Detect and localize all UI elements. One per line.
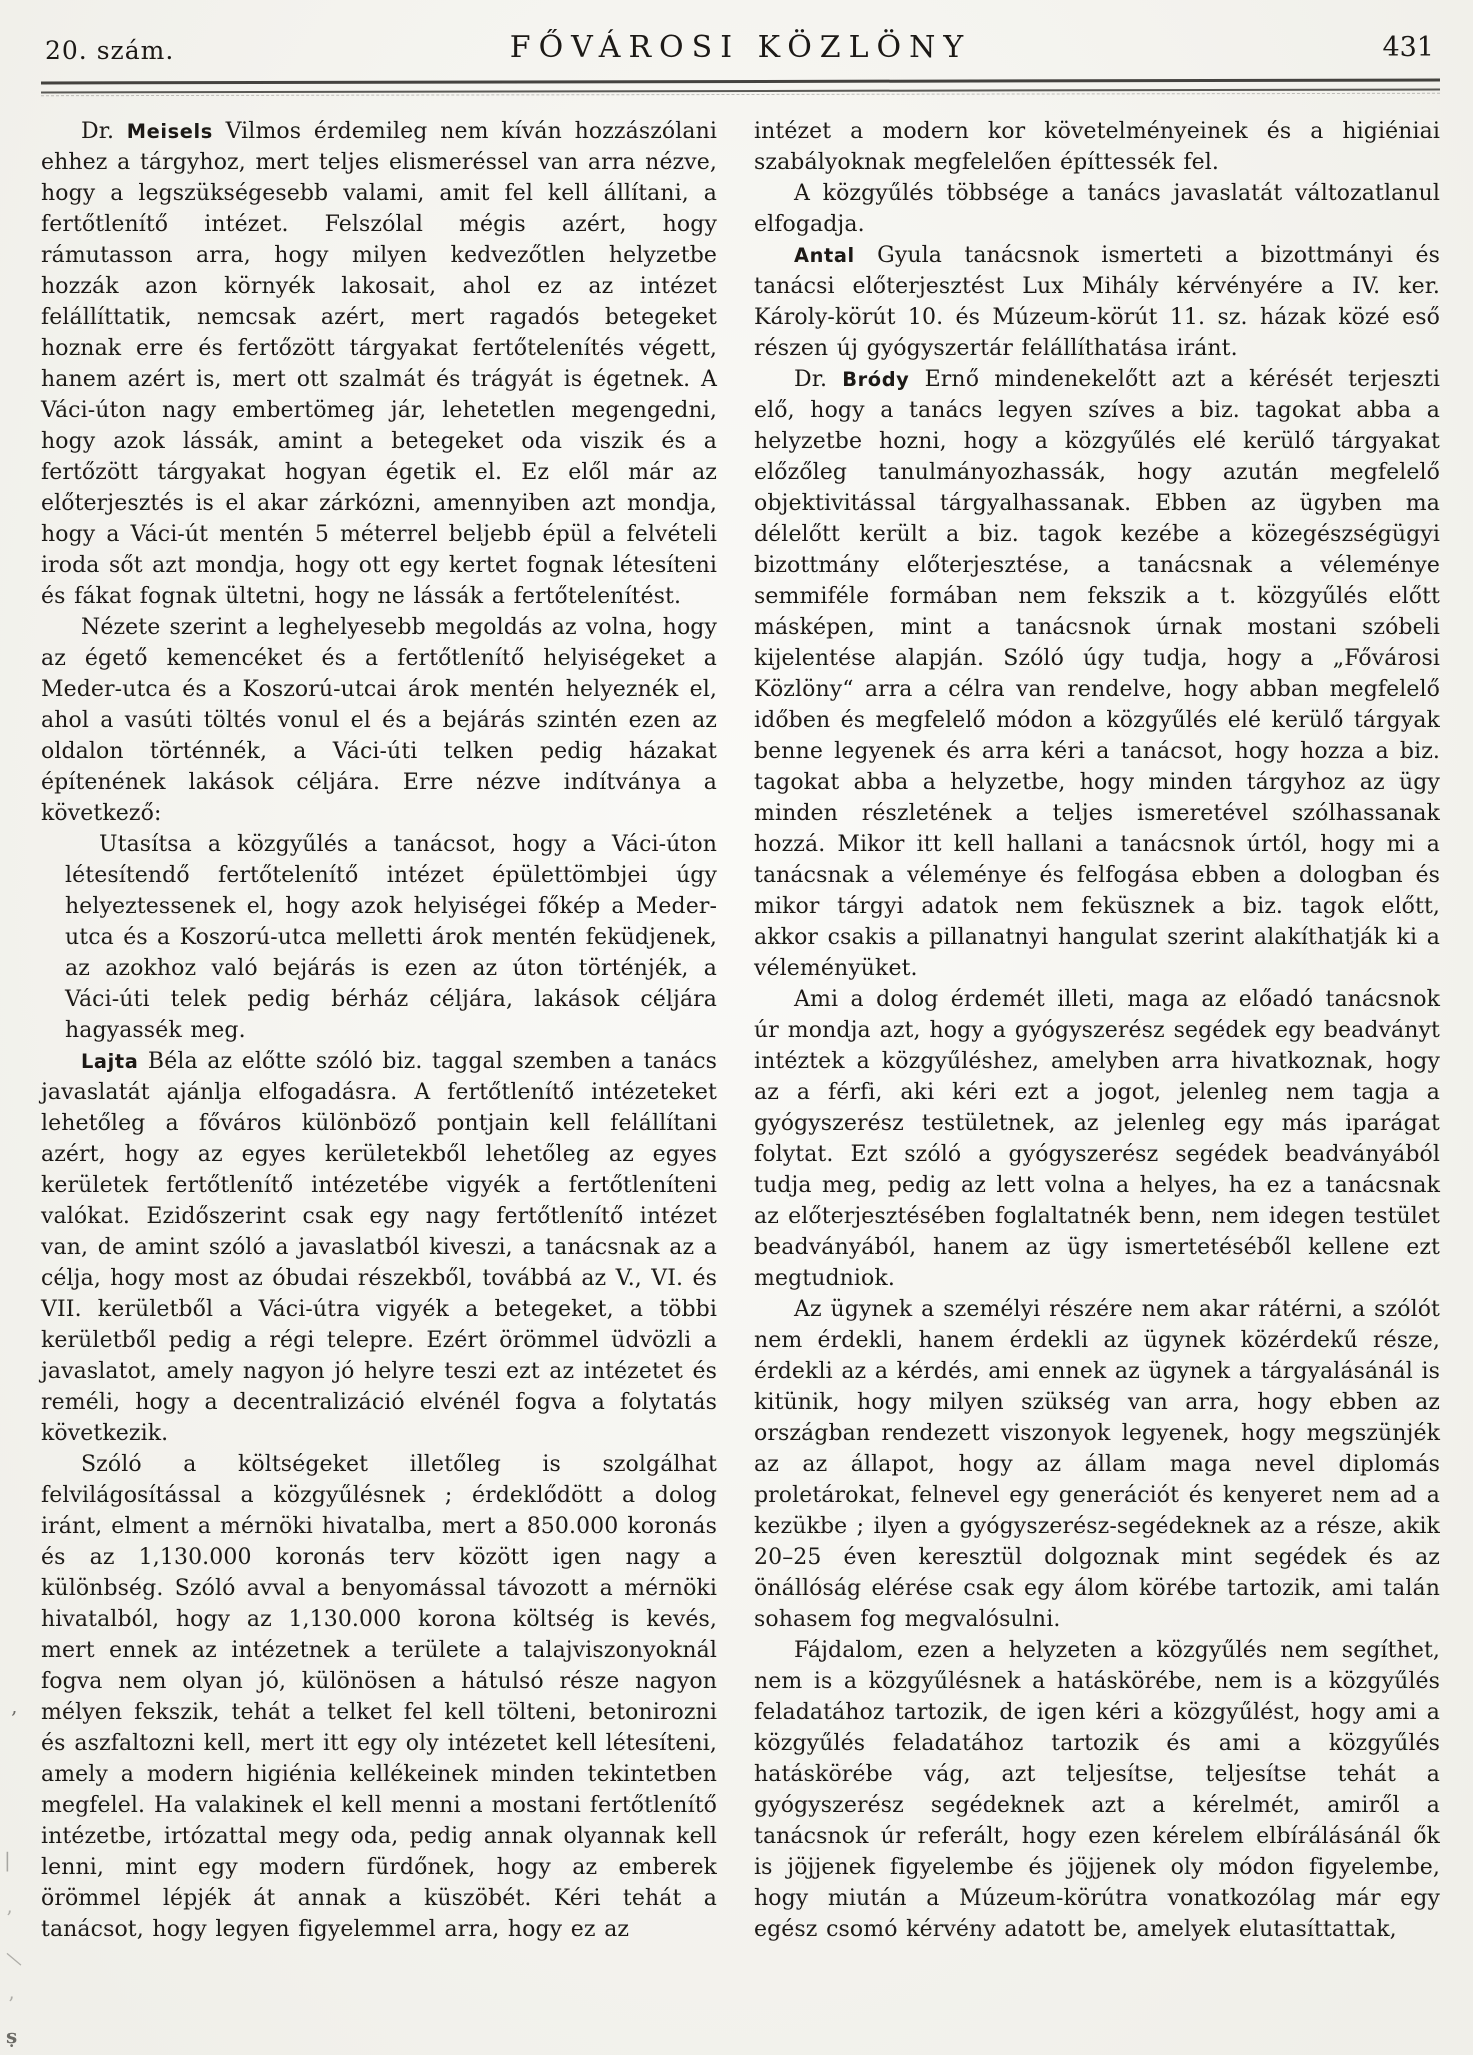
text-run: Ami a dolog érdemét illeti, maga az előa…	[754, 987, 1440, 1291]
newspaper-page: 20. szám. FŐVÁROSI KÖZLÖNY 431 Dr. Meise…	[0, 0, 1473, 2055]
scan-artifact: |	[4, 1848, 11, 1872]
paragraph: Fájdalom, ezen a helyzeten a közgyűlés n…	[754, 1635, 1440, 1945]
article-columns: Dr. Meisels Vilmos érdemileg nem kíván h…	[41, 116, 1440, 1945]
text-run: Dr.	[794, 367, 842, 392]
scan-artifact: ṣ	[6, 2024, 17, 2048]
text-run: Az ügynek a személyi részére nem akar rá…	[754, 1297, 1440, 1632]
paragraph: Lajta Béla az előtte szóló biz. taggal s…	[41, 1046, 717, 1449]
scan-artifact: ‚	[11, 1694, 17, 1718]
header-double-rule	[41, 79, 1440, 94]
paragraph: Dr. Bródy Ernő mindenekelőtt azt a kérés…	[754, 364, 1440, 984]
text-run: Dr.	[81, 119, 127, 144]
right-column: intézet a modern kor követelményeinek és…	[754, 116, 1440, 1945]
page-title: FŐVÁROSI KÖZLÖNY	[41, 30, 1440, 65]
text-run: A közgyűlés többsége a tanács javaslatát…	[754, 181, 1440, 237]
header-rule-artifact	[41, 93, 1440, 96]
text-run: Ernő mindenekelőtt azt a kérését terjesz…	[754, 367, 1440, 981]
text-run: Szóló a költségeket illetőleg is szolgál…	[41, 1452, 717, 1942]
paragraph: Antal Gyula tanácsnok ismerteti a bizott…	[754, 240, 1440, 364]
text-run: Nézete szerint a leghelyesebb megoldás a…	[41, 615, 717, 826]
paragraph: intézet a modern kor követelményeinek és…	[754, 116, 1440, 178]
text-run: Gyula tanácsnok ismerteti a bizottmányi …	[754, 243, 1440, 361]
paragraph: A közgyűlés többsége a tanács javaslatát…	[754, 178, 1440, 240]
text-run: Utasítsa a közgyűlés a tanácsot, hogy a …	[65, 832, 717, 1043]
text-run: Vilmos érdemileg nem kíván hozzászólani …	[41, 119, 717, 609]
speaker-name: Bródy	[842, 368, 909, 391]
masthead: 20. szám. FŐVÁROSI KÖZLÖNY 431	[41, 24, 1440, 68]
text-run: intézet a modern kor követelményeinek és…	[754, 119, 1440, 175]
text-run: Béla az előtte szóló biz. taggal szemben…	[41, 1049, 717, 1446]
paragraph: Szóló a költségeket illetőleg is szolgál…	[41, 1449, 717, 1945]
paragraph: Nézete szerint a leghelyesebb megoldás a…	[41, 612, 717, 829]
paragraph: Ami a dolog érdemét illeti, maga az előa…	[754, 984, 1440, 1294]
speaker-name: Antal	[794, 244, 855, 267]
paragraph: Utasítsa a közgyűlés a tanácsot, hogy a …	[65, 829, 717, 1046]
scan-artifact: —	[0, 1942, 30, 1973]
speaker-name: Lajta	[81, 1050, 138, 1073]
scan-artifact: ’	[6, 1906, 12, 1930]
paragraph: Dr. Meisels Vilmos érdemileg nem kíván h…	[41, 116, 717, 612]
speaker-name: Meisels	[127, 120, 213, 143]
scan-artifact: ’	[8, 1992, 14, 2016]
paragraph: Az ügynek a személyi részére nem akar rá…	[754, 1294, 1440, 1635]
left-column: Dr. Meisels Vilmos érdemileg nem kíván h…	[41, 116, 717, 1945]
page-number: 431	[1382, 32, 1434, 63]
text-run: Fájdalom, ezen a helyzeten a közgyűlés n…	[754, 1638, 1440, 1942]
